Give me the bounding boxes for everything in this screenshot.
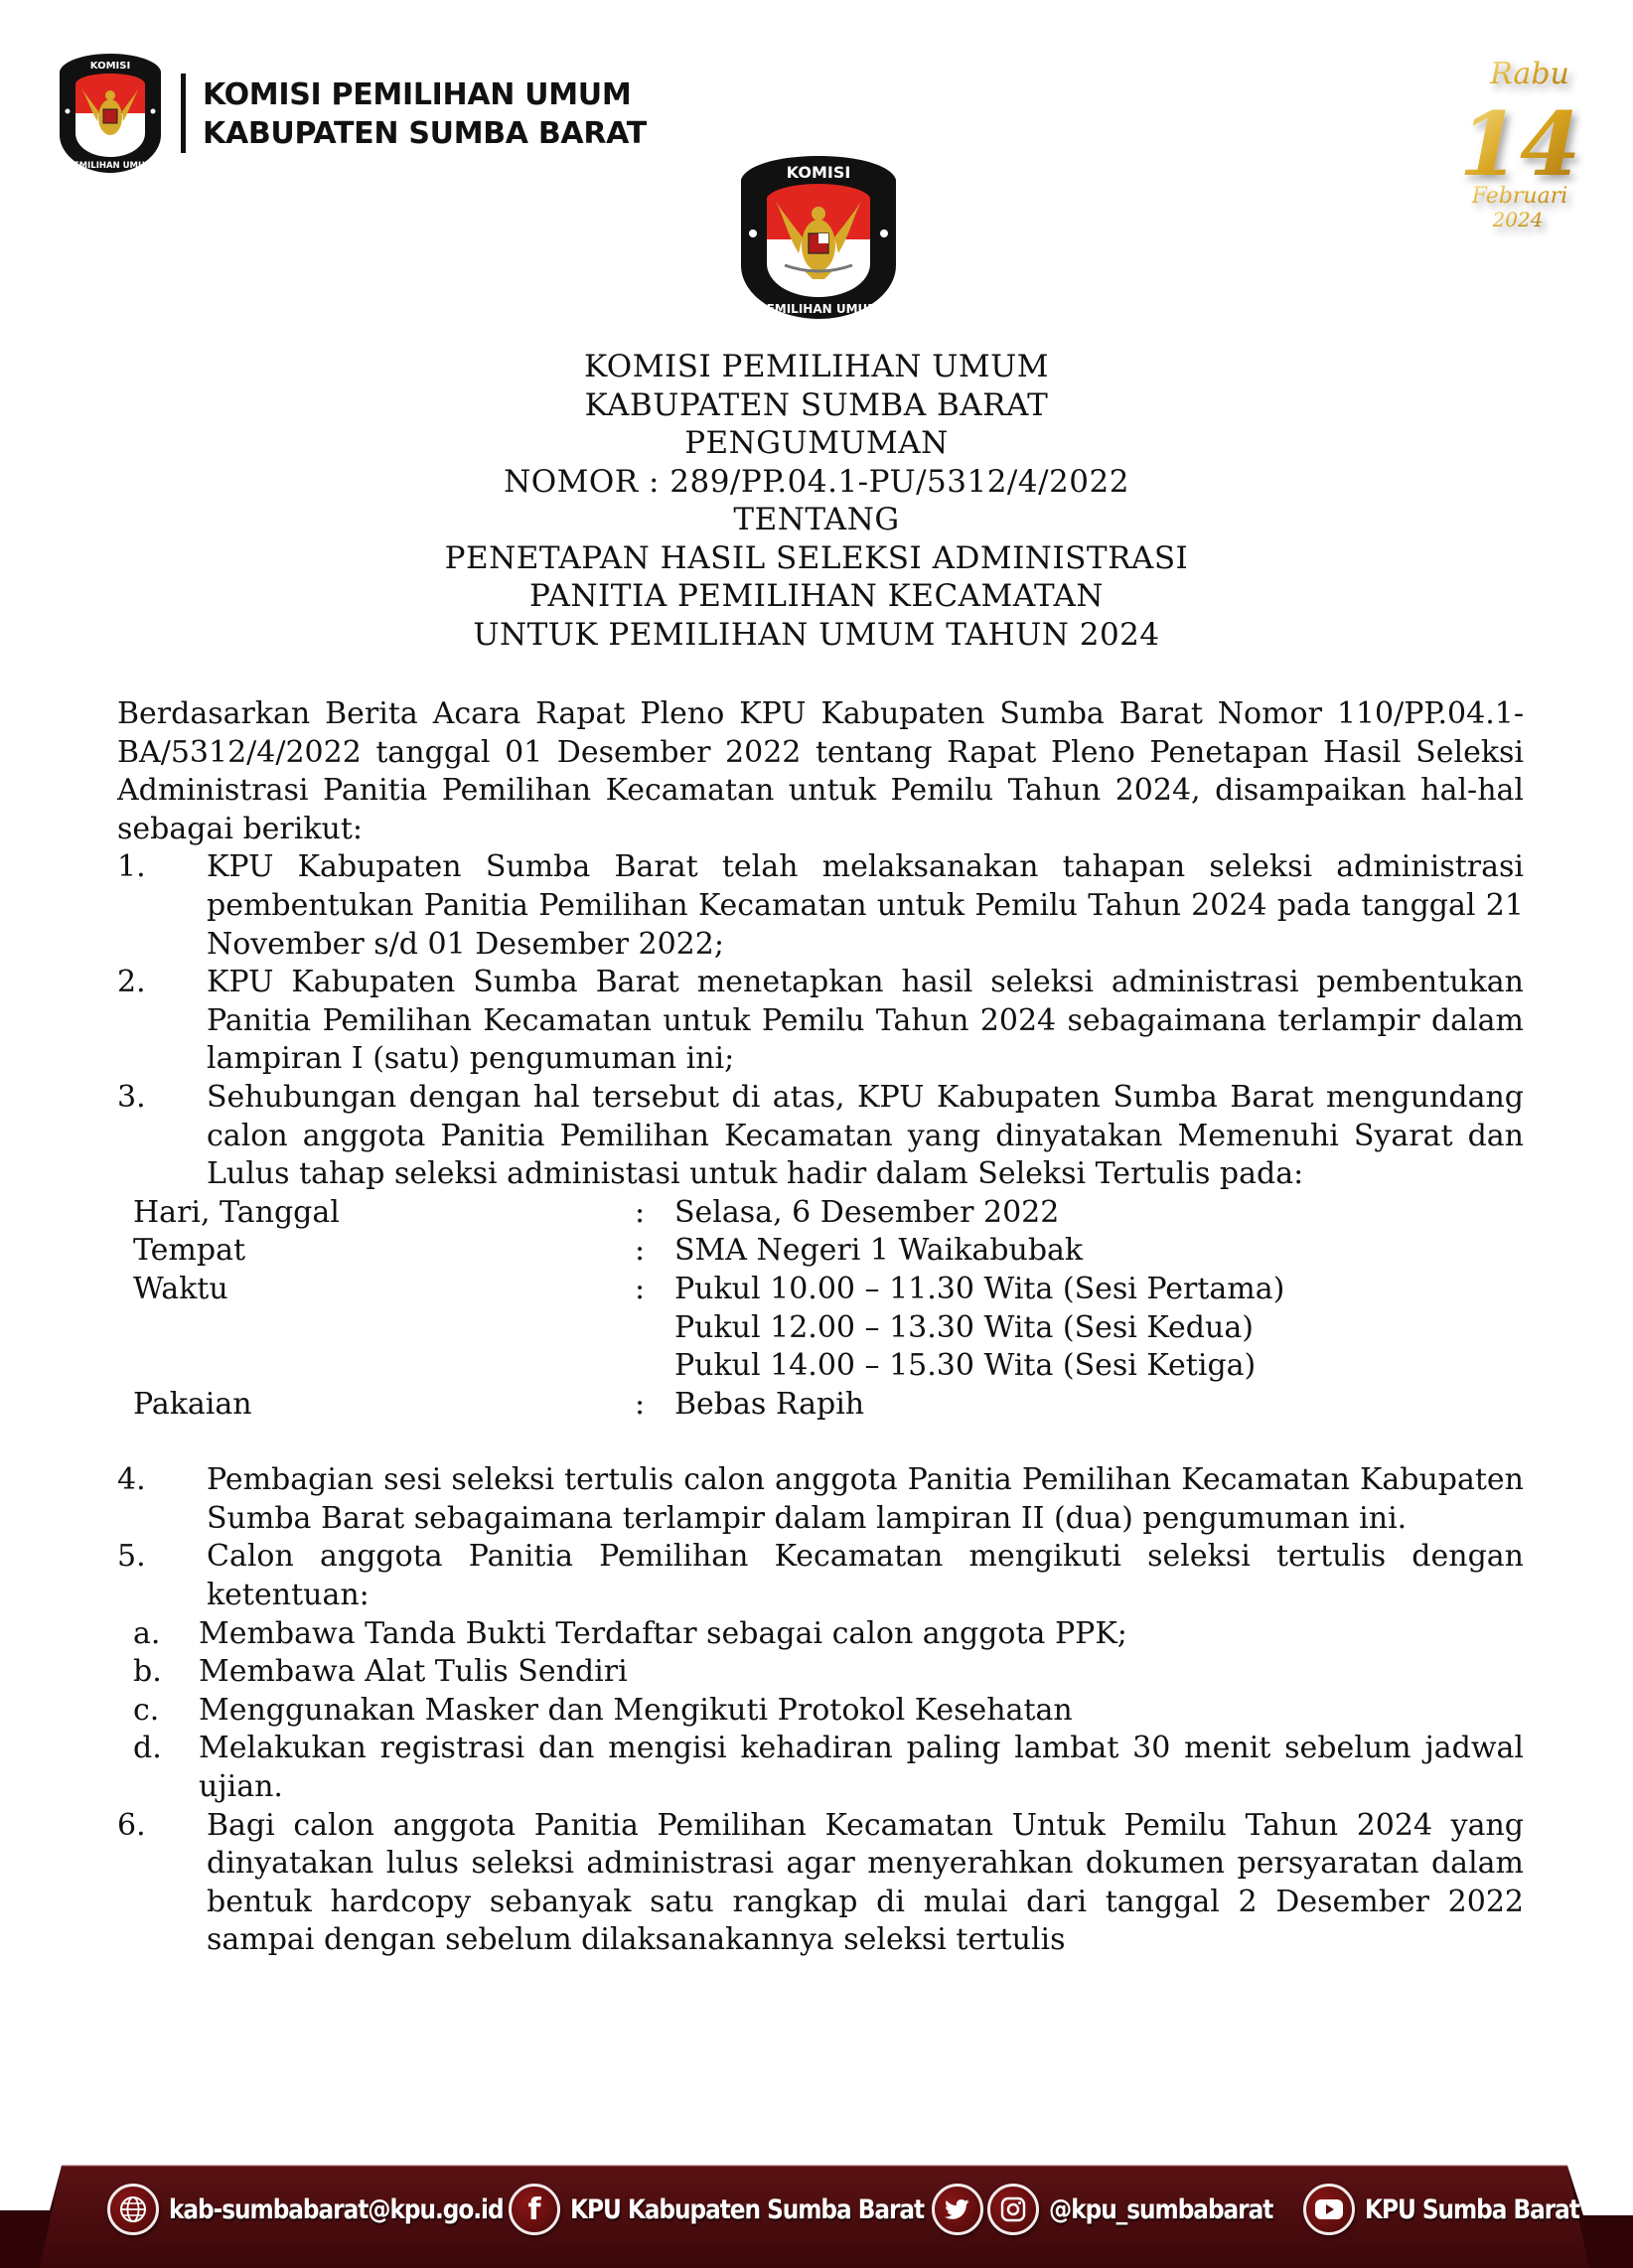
svg-text:PEMILIHAN UMUM: PEMILIHAN UMUM [758,302,879,316]
social-handle-text: @kpu_sumbabarat [1049,2194,1272,2225]
requirement-letter: c. [133,1692,159,1731]
item-text: KPU Kabupaten Sumba Barat telah melaksan… [207,848,1524,964]
requirement-text: Menggunakan Masker dan Mengikuti Protoko… [199,1692,1524,1731]
item-text: Sehubungan dengan hal tersebut di atas, … [207,1079,1524,1194]
schedule-label: Tempat [133,1232,635,1271]
session-2: Pukul 12.00 – 13.30 Wita (Sesi Kedua) [674,1309,1524,1348]
title-line: PANITIA PEMILIHAN KECAMATAN [0,577,1633,616]
item-text: Pembagian sesi seleksi tertulis calon an… [207,1461,1524,1538]
svg-text:KOMISI: KOMISI [90,61,130,72]
requirement-a: a. Membawa Tanda Bukti Terdaftar sebagai… [133,1615,1524,1654]
footer-youtube[interactable]: KPU Sumba Barat [1303,2180,1614,2239]
footer-contacts: kab-sumbabarat@kpu.go.id f KPU Kabupaten… [0,2180,1633,2239]
requirement-letter: d. [133,1730,162,1768]
contact-footer: kab-sumbabarat@kpu.go.id f KPU Kabupaten… [0,2156,1633,2268]
title-line: KABUPATEN SUMBA BARAT [0,386,1633,425]
requirement-text: Membawa Tanda Bukti Terdaftar sebagai ca… [199,1615,1524,1654]
svg-text:KOMISI: KOMISI [787,163,851,182]
org-name: KOMISI PEMILIHAN UMUM KABUPATEN SUMBA BA… [203,76,647,153]
footer-social[interactable]: @kpu_sumbabarat [932,2180,1309,2239]
schedule-colon: : [635,1232,674,1271]
requirement-b: b. Membawa Alat Tulis Sendiri [133,1653,1524,1692]
schedule-colon: : [635,1271,674,1386]
email-text: kab-sumbabarat@kpu.go.id [169,2194,504,2225]
header-divider [181,74,186,153]
svg-text:PEMILIHAN UMUM: PEMILIHAN UMUM [68,161,154,171]
schedule-row-time: Waktu : Pukul 10.00 – 11.30 Wita (Sesi P… [133,1271,1524,1386]
list-item-5: 5. Calon anggota Panitia Pemilihan Kecam… [117,1538,1524,1614]
instagram-icon [987,2184,1039,2235]
schedule-colon: : [635,1386,674,1425]
facebook-text: KPU Kabupaten Sumba Barat [570,2194,924,2225]
list-item-6: 6. Bagi calon anggota Panitia Pemilihan … [117,1807,1524,1960]
title-line: KOMISI PEMILIHAN UMUM [0,348,1633,386]
svg-text:Februari: Februari [1471,184,1568,209]
item-text: Calon anggota Panitia Pemilihan Kecamata… [207,1538,1524,1614]
document-body: Berdasarkan Berita Acara Rapat Pleno KPU… [117,695,1524,1960]
schedule-colon: : [635,1194,674,1233]
schedule-value: Bebas Rapih [674,1386,1524,1425]
twitter-icon [932,2184,983,2235]
list-item-2: 2. KPU Kabupaten Sumba Barat menetapkan … [117,964,1524,1079]
schedule-value: SMA Negeri 1 Waikabubak [674,1232,1524,1271]
footer-email[interactable]: kab-sumbabarat@kpu.go.id [107,2180,557,2239]
svg-text:14: 14 [1459,92,1580,196]
org-name-line1: KOMISI PEMILIHAN UMUM [203,76,647,114]
facebook-icon: f [509,2184,560,2235]
requirement-c: c. Menggunakan Masker dan Mengikuti Prot… [133,1692,1524,1731]
item-number: 1. [117,848,146,887]
spacer [117,1424,1524,1461]
youtube-text: KPU Sumba Barat [1365,2194,1579,2225]
schedule-row-place: Tempat : SMA Negeri 1 Waikabubak [133,1232,1524,1271]
kpu-logo: KOMISI PEMILIHAN UMUM [56,52,165,175]
schedule-value: Selasa, 6 Desember 2022 [674,1194,1524,1233]
session-3: Pukul 14.00 – 15.30 Wita (Sesi Ketiga) [674,1347,1524,1386]
title-line: PENETAPAN HASIL SELEKSI ADMINISTRASI [0,539,1633,578]
item-number: 5. [117,1538,146,1577]
schedule-row-attire: Pakaian : Bebas Rapih [133,1386,1524,1425]
schedule-value: Pukul 10.00 – 11.30 Wita (Sesi Pertama) … [674,1271,1524,1386]
schedule-label: Hari, Tanggal [133,1194,635,1233]
requirement-d: d. Melakukan registrasi dan mengisi keha… [133,1730,1524,1806]
intro-paragraph: Berdasarkan Berita Acara Rapat Pleno KPU… [117,695,1524,848]
title-line: PENGUMUMAN [0,424,1633,463]
requirement-text: Membawa Alat Tulis Sendiri [199,1653,1524,1692]
item-number: 3. [117,1079,146,1118]
item-number: 2. [117,964,146,1002]
org-name-line2: KABUPATEN SUMBA BARAT [203,114,647,153]
item-text: Bagi calon anggota Panitia Pemilihan Kec… [207,1807,1524,1960]
title-line: UNTUK PEMILIHAN UMUM TAHUN 2024 [0,616,1633,655]
list-item-4: 4. Pembagian sesi seleksi tertulis calon… [117,1461,1524,1538]
kpu-center-logo: KOMISI PEMILIHAN UMUM [733,154,904,321]
requirement-text: Melakukan registrasi dan mengisi kehadir… [199,1730,1524,1806]
schedule-row-date: Hari, Tanggal : Selasa, 6 Desember 2022 [133,1194,1524,1233]
title-line: NOMOR : 289/PP.04.1-PU/5312/4/2022 [0,463,1633,502]
youtube-icon [1303,2184,1355,2235]
requirement-letter: a. [133,1615,160,1654]
requirement-letter: b. [133,1653,162,1692]
election-date-badge: Rabu 14 Februari 2024 [1440,44,1599,242]
svg-text:2024: 2024 [1492,208,1544,231]
schedule-table: Hari, Tanggal : Selasa, 6 Desember 2022 … [133,1194,1524,1425]
svg-text:Rabu: Rabu [1489,57,1569,91]
item-text: KPU Kabupaten Sumba Barat menetapkan has… [207,964,1524,1079]
item-number: 4. [117,1461,146,1500]
footer-facebook[interactable]: f KPU Kabupaten Sumba Barat [509,2180,981,2239]
schedule-label: Pakaian [133,1386,635,1425]
globe-icon [107,2184,159,2235]
list-item-1: 1. KPU Kabupaten Sumba Barat telah melak… [117,848,1524,964]
schedule-label: Waktu [133,1271,635,1386]
item-number: 6. [117,1807,146,1846]
title-line: TENTANG [0,501,1633,539]
session-1: Pukul 10.00 – 11.30 Wita (Sesi Pertama) [674,1271,1524,1309]
list-item-3: 3. Sehubungan dengan hal tersebut di ata… [117,1079,1524,1194]
document-title: KOMISI PEMILIHAN UMUM KABUPATEN SUMBA BA… [0,348,1633,654]
